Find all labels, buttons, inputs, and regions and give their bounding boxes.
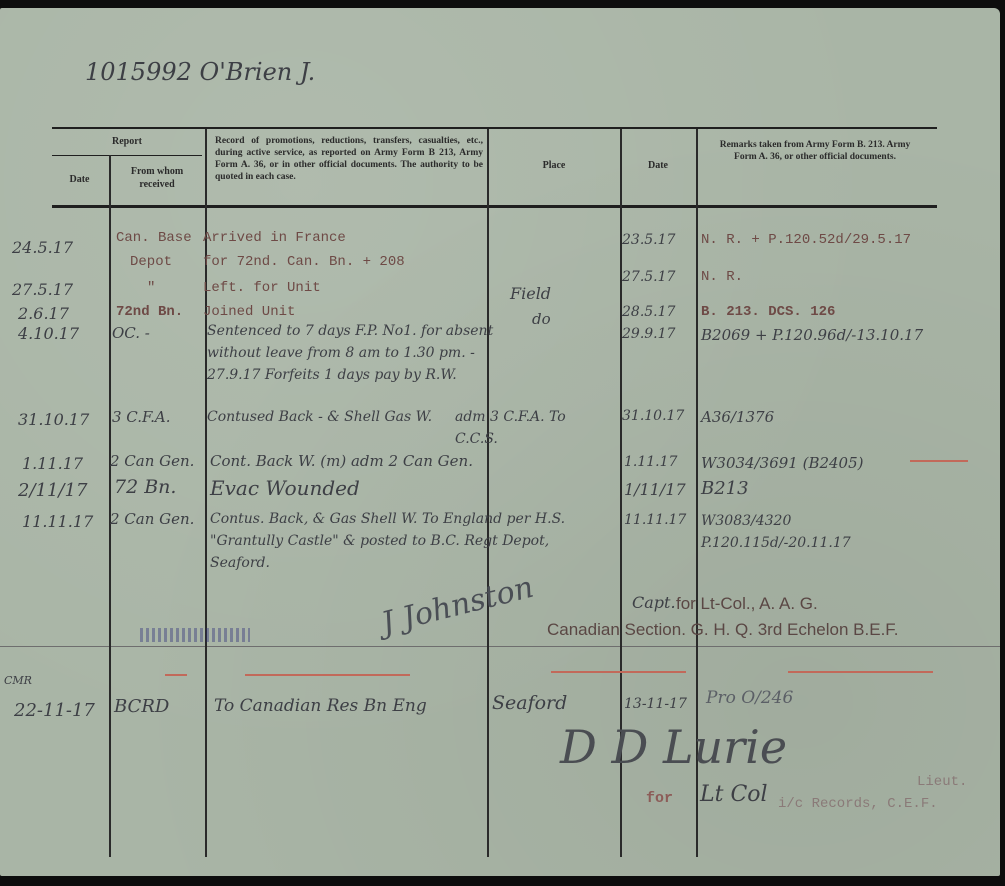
handwritten-rank-lt-col: Lt Col bbox=[700, 782, 768, 807]
row-1-date2: 27.5.17 bbox=[622, 269, 675, 285]
row-2-date: 27.5.17 bbox=[12, 280, 73, 299]
row-6-record: Cont. Back W. (m) adm 2 Can Gen. bbox=[210, 452, 473, 470]
red-rule-3 bbox=[551, 671, 686, 673]
row-1-remarks: N. R. bbox=[701, 269, 743, 285]
row-6-date2: 1.11.17 bbox=[624, 454, 677, 470]
row-0-record: Arrived in France bbox=[203, 230, 346, 246]
row-7-remarks: B213 bbox=[701, 478, 749, 499]
report-subrule bbox=[52, 155, 202, 156]
red-rule-1 bbox=[165, 674, 187, 676]
row-5-place: adm 3 C.F.A. To C.C.S. bbox=[455, 406, 595, 450]
row-3-record: Joined Unit bbox=[203, 304, 295, 320]
row-3-place: do bbox=[532, 310, 551, 328]
final-row-remarks: Pro O/246 bbox=[706, 688, 793, 708]
row-3-remarks: B. 213. DCS. 126 bbox=[701, 304, 835, 320]
red-rule-2 bbox=[245, 674, 410, 676]
row-4-date2: 29.9.17 bbox=[622, 326, 675, 342]
row-2-record: Left. for Unit bbox=[203, 280, 321, 296]
final-row-date: 22-11-17 bbox=[14, 700, 95, 721]
col-rule-1 bbox=[109, 155, 111, 857]
row-7-date2: 1/11/17 bbox=[624, 480, 686, 499]
row-5-record: Contused Back - & Shell Gas W. bbox=[207, 406, 437, 428]
aag-line: for Lt-Col., A. A. G. bbox=[676, 594, 818, 614]
row-2-place: Field bbox=[510, 284, 551, 303]
signatory-rank-capt: Capt. bbox=[632, 593, 676, 612]
row-6-from: 2 Can Gen. bbox=[110, 452, 194, 470]
row-4-date: 4.10.17 bbox=[18, 324, 79, 343]
section-divider-rule bbox=[0, 646, 1000, 647]
canadian-section-line: Canadian Section. G. H. Q. 3rd Echelon B… bbox=[547, 620, 899, 640]
records-office: i/c Records, C.E.F. bbox=[778, 796, 938, 812]
row-4-record: Sentenced to 7 days F.P. No1. for absent… bbox=[207, 320, 507, 386]
row-6-remarks: W3034/3691 (B2405) bbox=[701, 454, 864, 472]
header-report: Report bbox=[52, 136, 202, 149]
row-0-date2: 23.5.17 bbox=[622, 232, 675, 248]
signature-johnston: J Johnston bbox=[378, 570, 537, 641]
row-7-from: 72 Bn. bbox=[114, 476, 176, 498]
row-8-date2: 11.11.17 bbox=[624, 512, 686, 528]
row-3-date2: 28.5.17 bbox=[622, 304, 675, 320]
red-rule-4 bbox=[788, 671, 933, 673]
row-8-date: 11.11.17 bbox=[22, 512, 93, 531]
final-row-date2: 13-11-17 bbox=[624, 696, 687, 712]
signature-lurie: D D Lurie bbox=[560, 720, 787, 774]
header-top-rule bbox=[52, 127, 937, 129]
row-0-from: Can. Base bbox=[116, 230, 192, 246]
row-5-date2: 31.10.17 bbox=[622, 408, 684, 424]
row-0-date: 24.5.17 bbox=[12, 238, 73, 257]
final-row-place: Seaford bbox=[492, 692, 567, 714]
header-date: Date bbox=[52, 174, 107, 187]
row-8-remarks: W3083/4320 P.120.115d/-20.11.17 bbox=[701, 510, 901, 554]
row-8-from: 2 Can Gen. bbox=[110, 510, 194, 528]
row-5-from: 3 C.F.A. bbox=[112, 408, 170, 426]
row-4-from: OC. - bbox=[112, 324, 150, 342]
regimental-number-and-name: 1015992 O'Brien J. bbox=[85, 58, 315, 86]
col-rule-3 bbox=[487, 129, 489, 857]
header-record: Record of promotions, reductions, transf… bbox=[215, 136, 483, 184]
row-6-date: 1.11.17 bbox=[22, 454, 83, 473]
header-from-whom: From whom received bbox=[112, 166, 202, 191]
header-place: Place bbox=[490, 160, 618, 173]
row-5-date: 31.10.17 bbox=[18, 410, 89, 429]
final-row-record: To Canadian Res Bn Eng bbox=[214, 696, 427, 716]
header-date2: Date bbox=[622, 160, 694, 173]
service-record-sheet: 1015992 O'Brien J. Report Date From whom… bbox=[0, 8, 1000, 876]
header-remarks: Remarks taken from Army Form B. 213. Arm… bbox=[715, 140, 915, 164]
final-row-from: BCRD bbox=[114, 696, 169, 717]
row-1-from: Depot bbox=[130, 254, 172, 270]
blue-ink-stamp bbox=[140, 628, 250, 642]
typed-rank-lieut: Lieut. bbox=[917, 774, 967, 790]
for-label: for bbox=[646, 790, 673, 807]
row-0-remarks: N. R. + P.120.52d/29.5.17 bbox=[701, 232, 911, 248]
row-8-record: Contus. Back, & Gas Shell W. To England … bbox=[210, 508, 590, 574]
row-2-from: " bbox=[147, 280, 155, 296]
row-1-record: for 72nd. Can. Bn. + 208 bbox=[203, 254, 405, 270]
row-3-date: 2.6.17 bbox=[18, 304, 69, 323]
header-bottom-rule bbox=[52, 205, 937, 208]
row-7-date: 2/11/17 bbox=[18, 480, 87, 501]
row-4-remarks: B2069 + P.120.96d/-13.10.17 bbox=[701, 326, 923, 344]
row-3-from: 72nd Bn. bbox=[116, 304, 183, 320]
red-rule-remarks bbox=[910, 460, 968, 462]
final-row-date-prefix: CMR bbox=[4, 674, 32, 687]
row-5-remarks: A36/1376 bbox=[701, 408, 774, 426]
row-7-record: Evac Wounded bbox=[210, 476, 360, 500]
